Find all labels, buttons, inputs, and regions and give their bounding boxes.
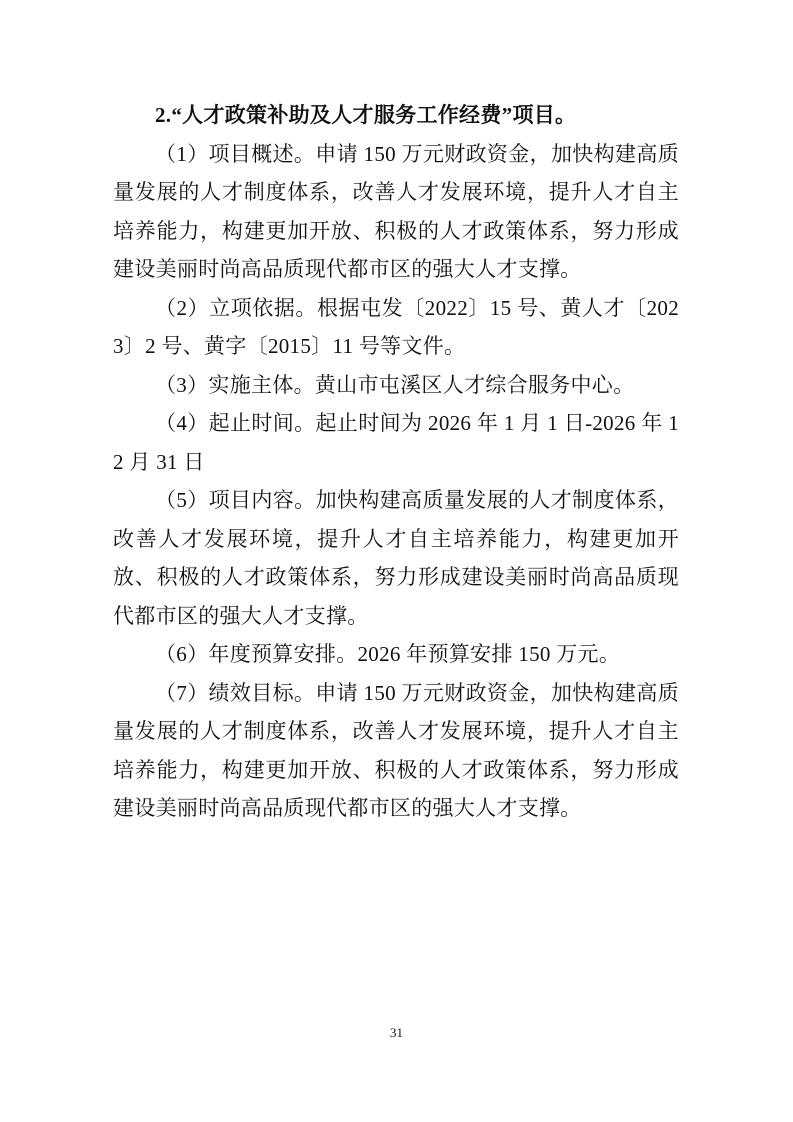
document-page: 2.“人才政策补助及人才服务工作经费”项目。 （1）项目概述。申请 150 万元… [0,0,793,1122]
paragraph-implementing-body: （3）实施主体。黄山市屯溪区人才综合服务中心。 [113,366,679,405]
document-body: 2.“人才政策补助及人才服务工作经费”项目。 （1）项目概述。申请 150 万元… [113,96,679,828]
paragraph-annual-budget: （6）年度预算安排。2026 年预算安排 150 万元。 [113,635,679,674]
paragraph-project-overview: （1）项目概述。申请 150 万元财政资金，加快构建高质量发展的人才制度体系，改… [113,135,679,289]
section-heading: 2.“人才政策补助及人才服务工作经费”项目。 [113,96,679,135]
paragraph-performance-goal: （7）绩效目标。申请 150 万元财政资金，加快构建高质量发展的人才制度体系，改… [113,674,679,828]
page-number: 31 [0,1024,793,1042]
paragraph-time-span: （4）起止时间。起止时间为 2026 年 1 月 1 日-2026 年 12 月… [113,404,679,481]
paragraph-project-basis: （2）立项依据。根据屯发〔2022〕15 号、黄人才〔2023〕2 号、黄字〔2… [113,289,679,366]
paragraph-project-content: （5）项目内容。加快构建高质量发展的人才制度体系，改善人才发展环境，提升人才自主… [113,481,679,635]
